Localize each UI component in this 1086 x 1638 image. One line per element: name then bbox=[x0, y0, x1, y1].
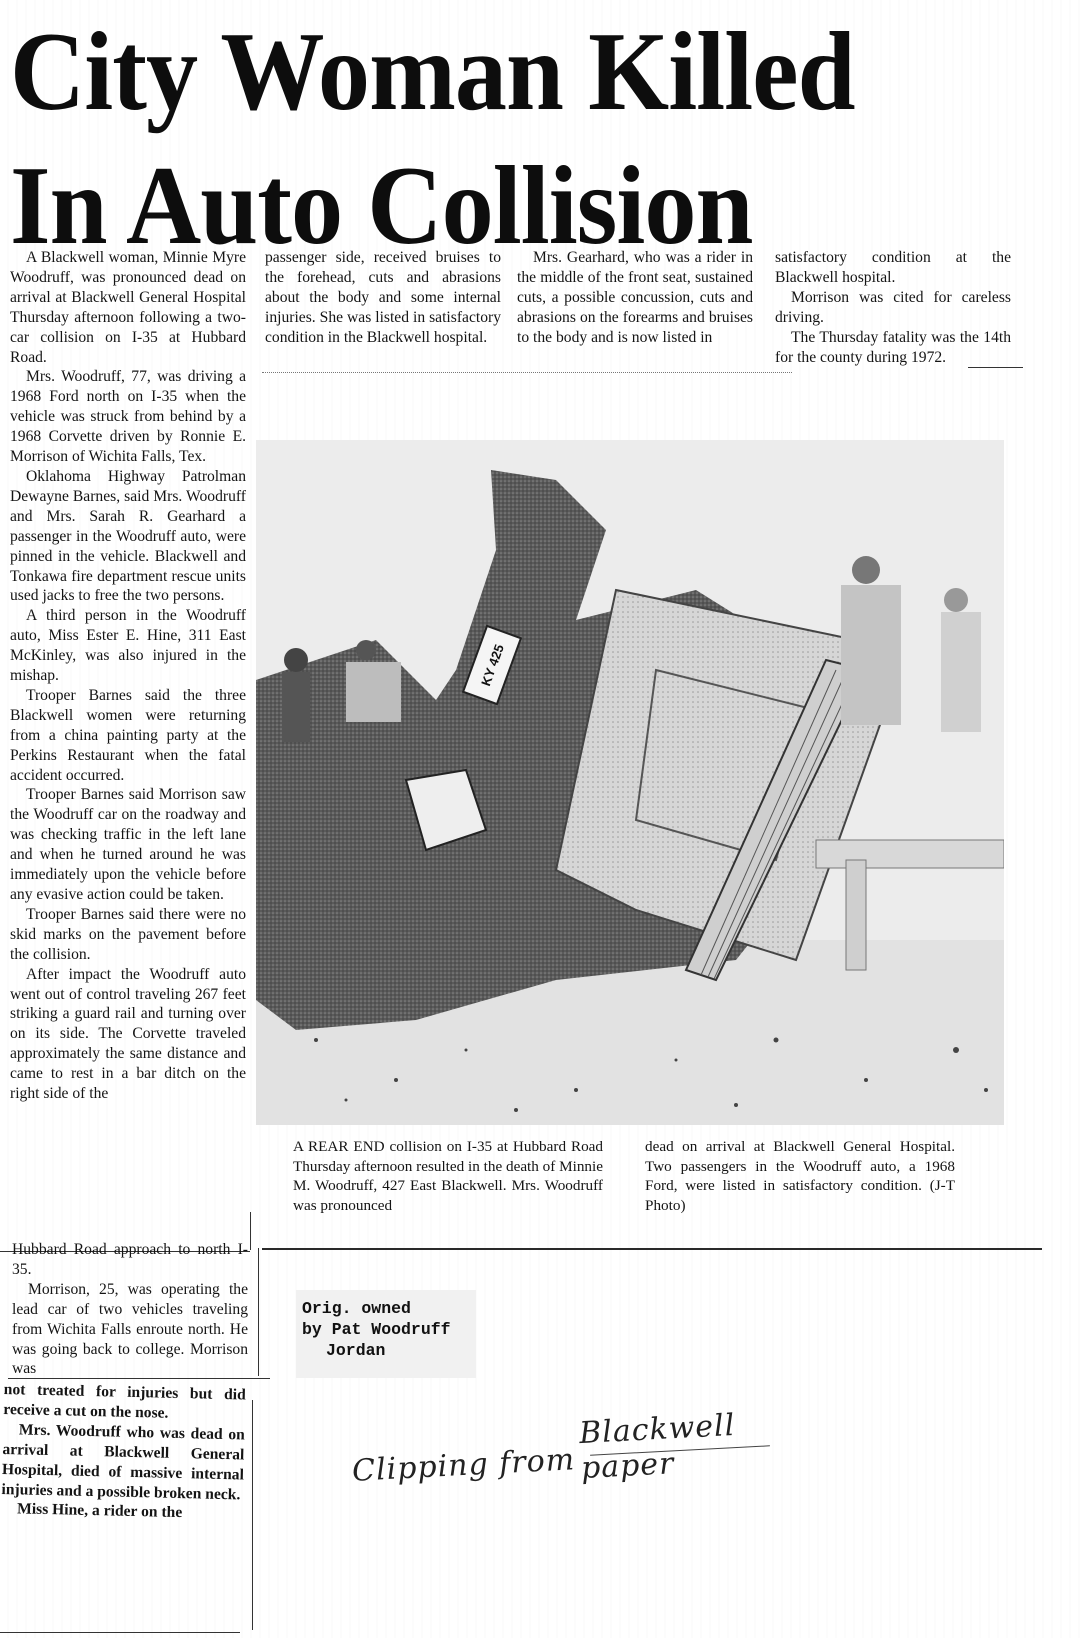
typed-note-line-1: Orig. owned bbox=[302, 1298, 476, 1319]
photo-caption-part-1: A REAR END collision on I-35 at Hubbard … bbox=[293, 1137, 603, 1215]
handwritten-note: Clipping from Blackwell paper bbox=[352, 1418, 812, 1498]
clipping-edge bbox=[258, 1248, 260, 1376]
accident-photo: KY 425 bbox=[256, 440, 1004, 1125]
headline-line-2: In Auto Collision bbox=[10, 150, 753, 262]
handwritten-note-part-2: Blackwell paper bbox=[578, 1404, 813, 1486]
clipping-edge bbox=[262, 1248, 1042, 1250]
paragraph: Trooper Barnes said the three Blackwell … bbox=[10, 686, 246, 786]
paragraph: satisfactory condition at the Blackwell … bbox=[775, 248, 1011, 288]
column-divider bbox=[262, 372, 792, 373]
paragraph: Hubbard Road approach to north I-35. bbox=[12, 1240, 248, 1280]
typed-ownership-note: Orig. owned by Pat Woodruff Jordan bbox=[296, 1290, 476, 1378]
paragraph: Morrison, 25, was operating the lead car… bbox=[12, 1280, 248, 1380]
paragraph: Mrs. Woodruff who was dead on arrival at… bbox=[1, 1420, 245, 1505]
overturned-car-illustration: KY 425 bbox=[256, 440, 1004, 1125]
paragraph: Mrs. Gearhard, who was a rider in the mi… bbox=[517, 248, 753, 348]
photo-caption-part-2: dead on arrival at Blackwell General Hos… bbox=[645, 1137, 955, 1215]
handwritten-note-part-1: Clipping from bbox=[351, 1442, 576, 1489]
article-column-1-continued: Hubbard Road approach to north I-35. Mor… bbox=[12, 1240, 248, 1379]
paragraph: Trooper Barnes said there were no skid m… bbox=[10, 905, 246, 965]
paragraph: A Blackwell woman, Minnie Myre Woodruff,… bbox=[10, 248, 246, 367]
paragraph: passenger side, received bruises to the … bbox=[265, 248, 501, 348]
paragraph: Mrs. Woodruff, 77, was driving a 1968 Fo… bbox=[10, 367, 246, 467]
clipping-edge bbox=[250, 1212, 252, 1250]
paragraph: Oklahoma Highway Patrolman Dewayne Barne… bbox=[10, 467, 246, 606]
article-column-3: Mrs. Gearhard, who was a rider in the mi… bbox=[517, 248, 753, 348]
paragraph: Morrison was cited for careless driving. bbox=[775, 288, 1011, 328]
article-column-1: A Blackwell woman, Minnie Myre Woodruff,… bbox=[10, 248, 246, 1104]
clipping-edge bbox=[8, 1378, 270, 1380]
paragraph: After impact the Woodruff auto went out … bbox=[10, 965, 246, 1104]
article-column-4: satisfactory condition at the Blackwell … bbox=[775, 248, 1011, 367]
paragraph: A third person in the Woodruff auto, Mis… bbox=[10, 606, 246, 686]
article-column-2: passenger side, received bruises to the … bbox=[265, 248, 501, 348]
paragraph: not treated for injuries but did receive… bbox=[3, 1380, 246, 1425]
paragraph: Trooper Barnes said Morrison saw the Woo… bbox=[10, 785, 246, 904]
handwritten-underline bbox=[968, 367, 1023, 368]
clipping-edge bbox=[0, 1632, 240, 1634]
clipping-edge bbox=[252, 1400, 254, 1630]
paragraph: The Thursday fatality was the 14th for t… bbox=[775, 328, 1011, 368]
typed-note-line-3: Jordan bbox=[302, 1340, 476, 1361]
typed-note-line-2: by Pat Woodruff bbox=[302, 1319, 476, 1340]
headline-line-1: City Woman Killed bbox=[10, 16, 855, 128]
article-column-1-continued-2: not treated for injuries but did receive… bbox=[1, 1380, 246, 1525]
